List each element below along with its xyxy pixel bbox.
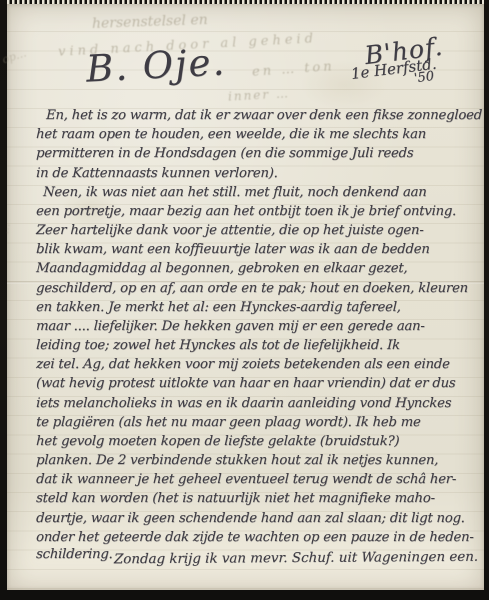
photo-of-letter: hersenstelsel en vind nach door al gehei… [0, 0, 489, 600]
handwritten-line: maar .... liefelijker. De hekken gaven m… [36, 319, 487, 338]
closing-line: Zondag krijg ik van mevr. Schuf. uit Wag… [114, 550, 479, 568]
handwritten-line: Zeer hartelijke dank voor je attentie, d… [36, 223, 487, 242]
erased-pencil-margin-scribble: … [0, 222, 13, 235]
handwritten-line: in de Kattennaasts kunnen verloren). [36, 166, 487, 185]
salutation: B. Oje. [85, 40, 227, 90]
letter-body: En, het is zo warm, dat ik er zwaar over… [36, 108, 486, 566]
handwritten-line: permitteren in de Hondsdagen (en die som… [36, 146, 487, 165]
handwritten-line: iets melancholieks in was en ik daarin a… [36, 396, 487, 415]
handwritten-line: te plagiëren (als het nu maar geen plaag… [36, 415, 487, 434]
handwritten-line: Neen, ik was niet aan het still. met flu… [36, 185, 487, 204]
handwritten-line: (wat hevig protest uitlokte van haar en … [36, 376, 487, 395]
handwritten-line: planken. De 2 verbindende stukken hout z… [36, 453, 487, 472]
handwritten-line: het gevolg moeten kopen de liefste gelak… [36, 434, 487, 453]
handwritten-line: geschilderd, op en af, aan orde en te pa… [36, 281, 487, 300]
handwritten-line: het raam open te houden, een weelde, die… [36, 127, 487, 146]
handwritten-line: blik kwam, want een koffieuurtje later w… [36, 242, 487, 261]
handwritten-line: deurtje, waar ik geen schendende hand aa… [36, 511, 487, 530]
handwritten-line: een portretje, maar bezig aan het ontbij… [36, 204, 487, 223]
handwritten-line: dat ik wanneer je het geheel eventueel t… [36, 472, 487, 491]
handwritten-line: En, het is zo warm, dat ik er zwaar over… [36, 108, 487, 127]
handwritten-line: leiding toe; zowel het Hynckes als tot d… [36, 338, 487, 357]
handwritten-line: zei tel. Ag, dat hekken voor mij zoiets … [36, 357, 487, 376]
handwritten-line: Maandagmiddag al begonnen, gebroken en e… [36, 261, 487, 280]
handwritten-line: en takken. Je merkt het al: een Hynckes-… [36, 300, 487, 319]
handwritten-line: steld kan worden (het is natuurlijk niet… [36, 491, 487, 510]
